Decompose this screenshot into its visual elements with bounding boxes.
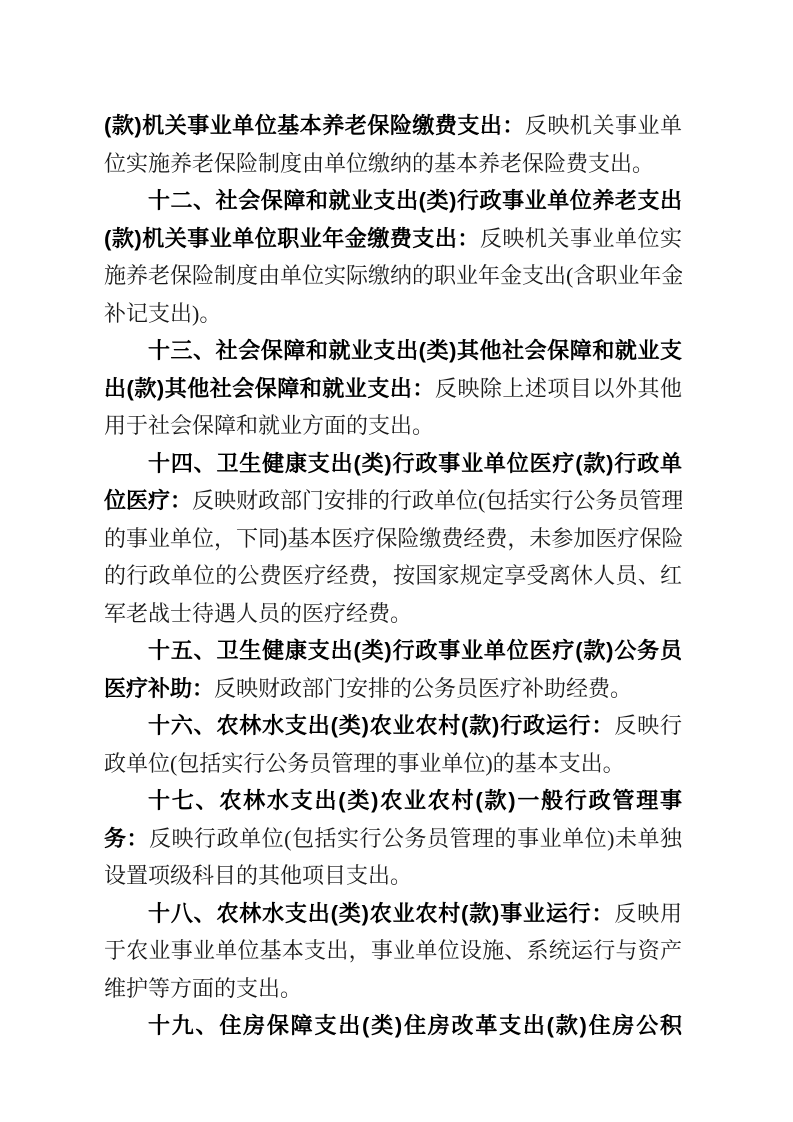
text-line: 的事业单位，下同)基本医疗保险缴费经费，未参加医疗保险: [104, 520, 682, 558]
text-line: 十五、卫生健康支出(类)行政事业单位医疗(款)公务员: [104, 632, 682, 670]
heading-text: 十四、卫生健康支出(类)行政事业单位医疗(款)行政单: [148, 451, 682, 476]
body-text: 反映财政部门安排的行政单位(包括实行公务员管理: [192, 488, 682, 513]
body-text: 反映行政单位(包括实行公务员管理的事业单位)未单独: [149, 826, 682, 851]
text-line: 施养老保险制度由单位实际缴纳的职业年金支出(含职业年金: [104, 257, 682, 295]
paragraph: 十三、社会保障和就业支出(类)其他社会保障和就业支出(款)其他社会保障和就业支出…: [104, 332, 682, 445]
body-text: 设置项级科目的其他项目支出。: [104, 863, 412, 888]
text-line: 设置项级科目的其他项目支出。: [104, 857, 682, 895]
paragraph: 十五、卫生健康支出(类)行政事业单位医疗(款)公务员医疗补助：反映财政部门安排的…: [104, 632, 682, 707]
body-text: 于农业事业单位基本支出，事业单位设施、系统运行与资产: [104, 938, 682, 963]
body-text: 反映除上述项目以外其他: [435, 376, 682, 401]
heading-text: (款)机关事业单位基本养老保险缴费支出：: [104, 113, 525, 138]
body-text: 施养老保险制度由单位实际缴纳的职业年金支出(含职业年金: [104, 263, 682, 288]
body-text: 用于社会保障和就业方面的支出。: [104, 413, 434, 438]
heading-text: 务：: [104, 826, 149, 851]
text-line: 维护等方面的支出。: [104, 970, 682, 1008]
paragraph: (款)机关事业单位基本养老保险缴费支出：反映机关事业单位实施养老保险制度由单位缴…: [104, 107, 682, 182]
document-page: (款)机关事业单位基本养老保险缴费支出：反映机关事业单位实施养老保险制度由单位缴…: [104, 107, 682, 1045]
heading-text: 十二、社会保障和就业支出(类)行政事业单位养老支出: [148, 188, 682, 213]
text-line: 十八、农林水支出(类)农业农村(款)事业运行：反映用: [104, 895, 682, 933]
paragraph: 十六、农林水支出(类)农业农村(款)行政运行：反映行政单位(包括实行公务员管理的…: [104, 707, 682, 782]
text-line: 十二、社会保障和就业支出(类)行政事业单位养老支出: [104, 182, 682, 220]
body-text: 补记支出)。: [104, 301, 221, 326]
body-text: 军老战士待遇人员的医疗经费。: [104, 601, 412, 626]
text-line: 十六、农林水支出(类)农业农村(款)行政运行：反映行: [104, 707, 682, 745]
heading-text: 十三、社会保障和就业支出(类)其他社会保障和就业支: [148, 338, 682, 363]
text-line: 十九、住房保障支出(类)住房改革支出(款)住房公积: [104, 1007, 682, 1045]
text-line: 十四、卫生健康支出(类)行政事业单位医疗(款)行政单: [104, 445, 682, 483]
body-text: 反映财政部门安排的公务员医疗补助经费。: [214, 676, 632, 701]
body-text: 政单位(包括实行公务员管理的事业单位)的基本支出。: [104, 751, 625, 776]
body-text: 反映行: [614, 713, 682, 738]
text-line: 医疗补助：反映财政部门安排的公务员医疗补助经费。: [104, 670, 682, 708]
text-line: 用于社会保障和就业方面的支出。: [104, 407, 682, 445]
heading-text: 十九、住房保障支出(类)住房改革支出(款)住房公积: [148, 1013, 682, 1038]
heading-text: (款)机关事业单位职业年金缴费支出：: [104, 226, 480, 251]
body-text: 维护等方面的支出。: [104, 976, 302, 1001]
body-text: 反映机关事业单: [525, 113, 682, 138]
text-line: (款)机关事业单位基本养老保险缴费支出：反映机关事业单: [104, 107, 682, 145]
text-line: 位医疗：反映财政部门安排的行政单位(包括实行公务员管理: [104, 482, 682, 520]
text-line: 十七、农林水支出(类)农业农村(款)一般行政管理事: [104, 782, 682, 820]
paragraph: 十九、住房保障支出(类)住房改革支出(款)住房公积: [104, 1007, 682, 1045]
heading-text: 出(款)其他社会保障和就业支出：: [104, 376, 435, 401]
text-line: 务：反映行政单位(包括实行公务员管理的事业单位)未单独: [104, 820, 682, 858]
text-line: 补记支出)。: [104, 295, 682, 333]
paragraph: 十二、社会保障和就业支出(类)行政事业单位养老支出(款)机关事业单位职业年金缴费…: [104, 182, 682, 332]
text-line: 出(款)其他社会保障和就业支出：反映除上述项目以外其他: [104, 370, 682, 408]
heading-text: 医疗补助：: [104, 676, 214, 701]
body-text: 的行政单位的公费医疗经费，按国家规定享受离休人员、红: [104, 563, 682, 588]
heading-text: 十五、卫生健康支出(类)行政事业单位医疗(款)公务员: [148, 638, 682, 663]
text-line: 政单位(包括实行公务员管理的事业单位)的基本支出。: [104, 745, 682, 783]
paragraph: 十四、卫生健康支出(类)行政事业单位医疗(款)行政单位医疗：反映财政部门安排的行…: [104, 445, 682, 633]
body-text: 位实施养老保险制度由单位缴纳的基本养老保险费支出。: [104, 151, 654, 176]
paragraph: 十八、农林水支出(类)农业农村(款)事业运行：反映用于农业事业单位基本支出，事业…: [104, 895, 682, 1008]
body-text: 的事业单位，下同)基本医疗保险缴费经费，未参加医疗保险: [104, 526, 682, 551]
text-line: 位实施养老保险制度由单位缴纳的基本养老保险费支出。: [104, 145, 682, 183]
heading-text: 位医疗：: [104, 488, 192, 513]
heading-text: 十八、农林水支出(类)农业农村(款)事业运行：: [148, 901, 614, 926]
paragraph: 十七、农林水支出(类)农业农村(款)一般行政管理事务：反映行政单位(包括实行公务…: [104, 782, 682, 895]
text-line: 于农业事业单位基本支出，事业单位设施、系统运行与资产: [104, 932, 682, 970]
body-text: 反映用: [614, 901, 682, 926]
text-line: (款)机关事业单位职业年金缴费支出：反映机关事业单位实: [104, 220, 682, 258]
heading-text: 十六、农林水支出(类)农业农村(款)行政运行：: [148, 713, 614, 738]
text-line: 的行政单位的公费医疗经费，按国家规定享受离休人员、红: [104, 557, 682, 595]
text-line: 十三、社会保障和就业支出(类)其他社会保障和就业支: [104, 332, 682, 370]
text-line: 军老战士待遇人员的医疗经费。: [104, 595, 682, 633]
body-text: 反映机关事业单位实: [480, 226, 682, 251]
heading-text: 十七、农林水支出(类)农业农村(款)一般行政管理事: [148, 788, 682, 813]
